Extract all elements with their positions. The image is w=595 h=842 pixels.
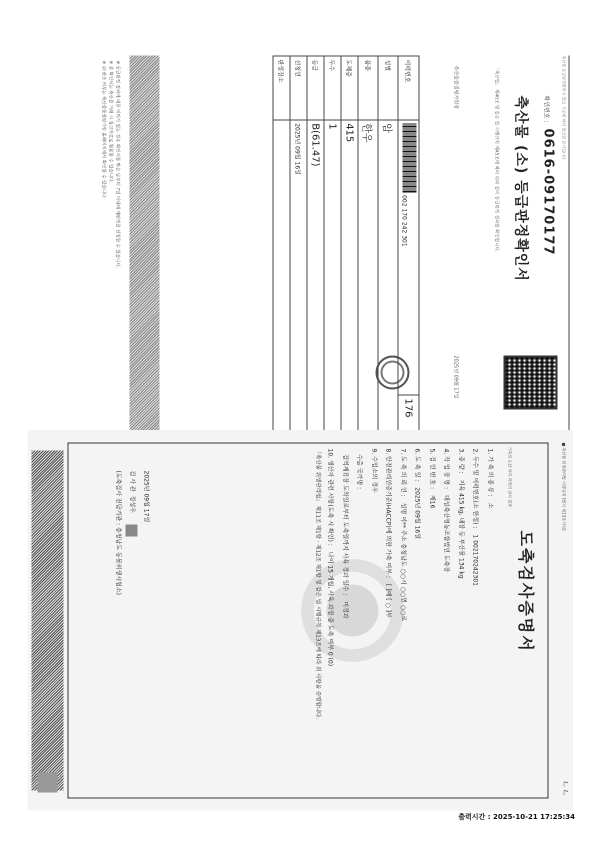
cell-label: 품종 xyxy=(358,56,378,120)
item-row: 5. 검 인 번 호 :제16 xyxy=(424,449,439,794)
item-row: 3. 중 량 :지육 415 kg, 내장 등 부산물 134 kg xyxy=(453,449,468,794)
document-title: 축산물 (소) 등급판정확인서 xyxy=(512,96,532,282)
cell-value: 암 xyxy=(378,120,398,450)
print-timestamp: 출력시간 : 2025-10-21 17:25:34 xyxy=(458,812,575,822)
print-time-label: 출력시간 : xyxy=(458,813,490,821)
table-row: 판정장소 xyxy=(273,56,290,450)
item-row: 4. 작 업 장 명 :대성축산영농조합법인 도축장 xyxy=(439,449,454,794)
signer-name: 정성우 xyxy=(129,496,136,513)
signer-org: (도축검사 전담기관 : 충청남도 동물위생시험소) xyxy=(111,471,125,595)
certificate-number: 확인번호 : 0616-09170177 xyxy=(541,96,556,256)
grade-certificate-scan: 축산물 등급판정확인서 발급 기준에 따라 발급한 문서입니다 확인번호 : 0… xyxy=(30,55,570,450)
cell-value: 002 170 242 301 xyxy=(398,120,419,395)
item-row: 검역계류장 도착일로부터 도축일까지 사육 경과 일수 :미경과 xyxy=(337,449,352,794)
grade-office-label: 판정장소 xyxy=(273,56,290,120)
table-row: 두수 1 xyxy=(324,56,341,450)
corner-logo-icon xyxy=(38,773,58,793)
grade-table: 이력번호 002 170 242 301 176 성별 암 품종 한우 도체중 … xyxy=(273,56,420,451)
issue-date: 2025년 09월 17일 xyxy=(139,471,153,595)
item-row: 7. 도 축 의 뢰 인 :성명 이** 주소 충청남도 ○○시 ○○면 ○○로 xyxy=(395,449,410,794)
document-subtitle: 「축산법」 제40조 및 같은 법 시행규칙 제45조에 따라 위와 같이 등급… xyxy=(494,66,500,436)
inspection-certificate-scan: ■ 축산물 위생관리법 시행규칙 [별지 제13호서식] ㄴㄴ 도축검사증명서 … xyxy=(28,430,573,810)
item-row: 8. 안전관리인증기준(HACCP)에 의한 가축 여부 :[ ]예 [ ○ ]… xyxy=(381,449,396,794)
cell-value: 1 xyxy=(324,120,341,450)
cell-value: 한우 xyxy=(358,120,378,450)
handwritten-note: ㄴㄴ xyxy=(560,779,573,796)
cert-number-value: 0616-09170177 xyxy=(541,129,556,256)
document-subtitle: 가축의 도살·처리 과정의 검사 결과 xyxy=(507,447,513,507)
document-title: 도축검사증명서 xyxy=(516,531,539,653)
table-row: 성별 암 xyxy=(378,56,398,450)
notes: ※ 등급판정 결과에 대한 이의가 있는 경우 확인서를 받은 날부터 7일 이… xyxy=(99,61,119,446)
signer: 검 사 관 정성우 xyxy=(125,471,139,595)
table-row: 등급 B(61.47) xyxy=(307,56,324,450)
item-row: 2. 두수 및 이력번호(소 한정) :1 002170242301 xyxy=(468,449,483,794)
empty-cell xyxy=(273,120,290,450)
cert-number-label: 확인번호 : xyxy=(543,96,550,123)
note-item: ※ 본 확인서는 축산물 거래 시 참고자료로 활용할 수 있습니다. xyxy=(106,61,113,446)
table-row: 도체중 415 xyxy=(341,56,358,450)
item-row: 1. 가 축 의 종 류 :소 xyxy=(482,449,497,794)
cell-value: 415 xyxy=(341,120,358,450)
closing-statement: 「축산물 위생관리법」 제11조 제1항 · 제12조 제1항 및 같은 법 시… xyxy=(313,449,323,794)
table-row: 신청인 2025년 09월 16일 xyxy=(290,56,307,450)
issue-date: 2025년 09월 17일 xyxy=(453,356,460,399)
seal-stamp-icon xyxy=(126,525,138,537)
inspection-items: 1. 가 축 의 종 류 :소 2. 두수 및 이력번호(소 한정) :1 00… xyxy=(313,449,497,794)
trace-number: 002 170 242 301 xyxy=(401,195,408,247)
form-note: ■ 축산물 위생관리법 시행규칙 [별지 제13호서식] xyxy=(561,443,567,531)
cell-label: 등급 xyxy=(307,56,324,120)
header-note: 축산물 등급판정확인서 발급 기준에 따라 발급한 문서입니다 xyxy=(561,56,570,451)
cell-label: 두수 xyxy=(324,56,341,120)
signature-block: 2025년 09월 17일 검 사 관 정성우 (도축검사 전담기관 : 충청남… xyxy=(111,471,153,595)
slaughter-date: 2025년 09월 16일 xyxy=(290,120,307,450)
inspection-certificate: ■ 축산물 위생관리법 시행규칙 [별지 제13호서식] ㄴㄴ 도축검사증명서 … xyxy=(28,431,573,811)
signer-title: 검 사 관 xyxy=(129,471,136,492)
print-time-value: 2025-10-21 17:25:34 xyxy=(493,813,575,821)
item-row: 6. 도 축 일 :2025년 09월 16일 xyxy=(410,449,425,794)
table-row: 품종 한우 xyxy=(358,56,378,450)
applicant-label: 신청인 xyxy=(290,56,307,120)
security-pattern xyxy=(130,56,160,451)
barcode-icon xyxy=(403,123,417,193)
item-row: 9. 수입소의 경우 xyxy=(366,449,381,794)
cell-value: B(61.47) xyxy=(307,120,324,450)
item-row: 10. 생산자 관련 사항(도축 시 확인) :나이 15 개월, 사육 과정 … xyxy=(323,449,338,794)
note-item: ※ 등급판정 결과에 대한 이의가 있는 경우 확인서를 받은 날부터 7일 이… xyxy=(113,61,120,446)
cell-label: 이력번호 xyxy=(398,56,419,120)
note-item: ※ 위·변조 여부는 축산물품질평가원 홈페이지에서 확인할 수 있습니다. xyxy=(99,61,106,446)
table-row: 이력번호 002 170 242 301 176 xyxy=(398,56,419,450)
cell-label: 도체중 xyxy=(341,56,358,120)
item-row: 수출 국가명 : xyxy=(352,449,367,794)
grade-certificate: 축산물 등급판정확인서 발급 기준에 따라 발급한 문서입니다 확인번호 : 0… xyxy=(30,56,570,451)
qr-code-icon xyxy=(504,356,558,410)
security-pattern xyxy=(32,451,64,791)
issuer: 축산물품질평가원장 xyxy=(453,66,460,109)
cell-label: 성별 xyxy=(378,56,398,120)
